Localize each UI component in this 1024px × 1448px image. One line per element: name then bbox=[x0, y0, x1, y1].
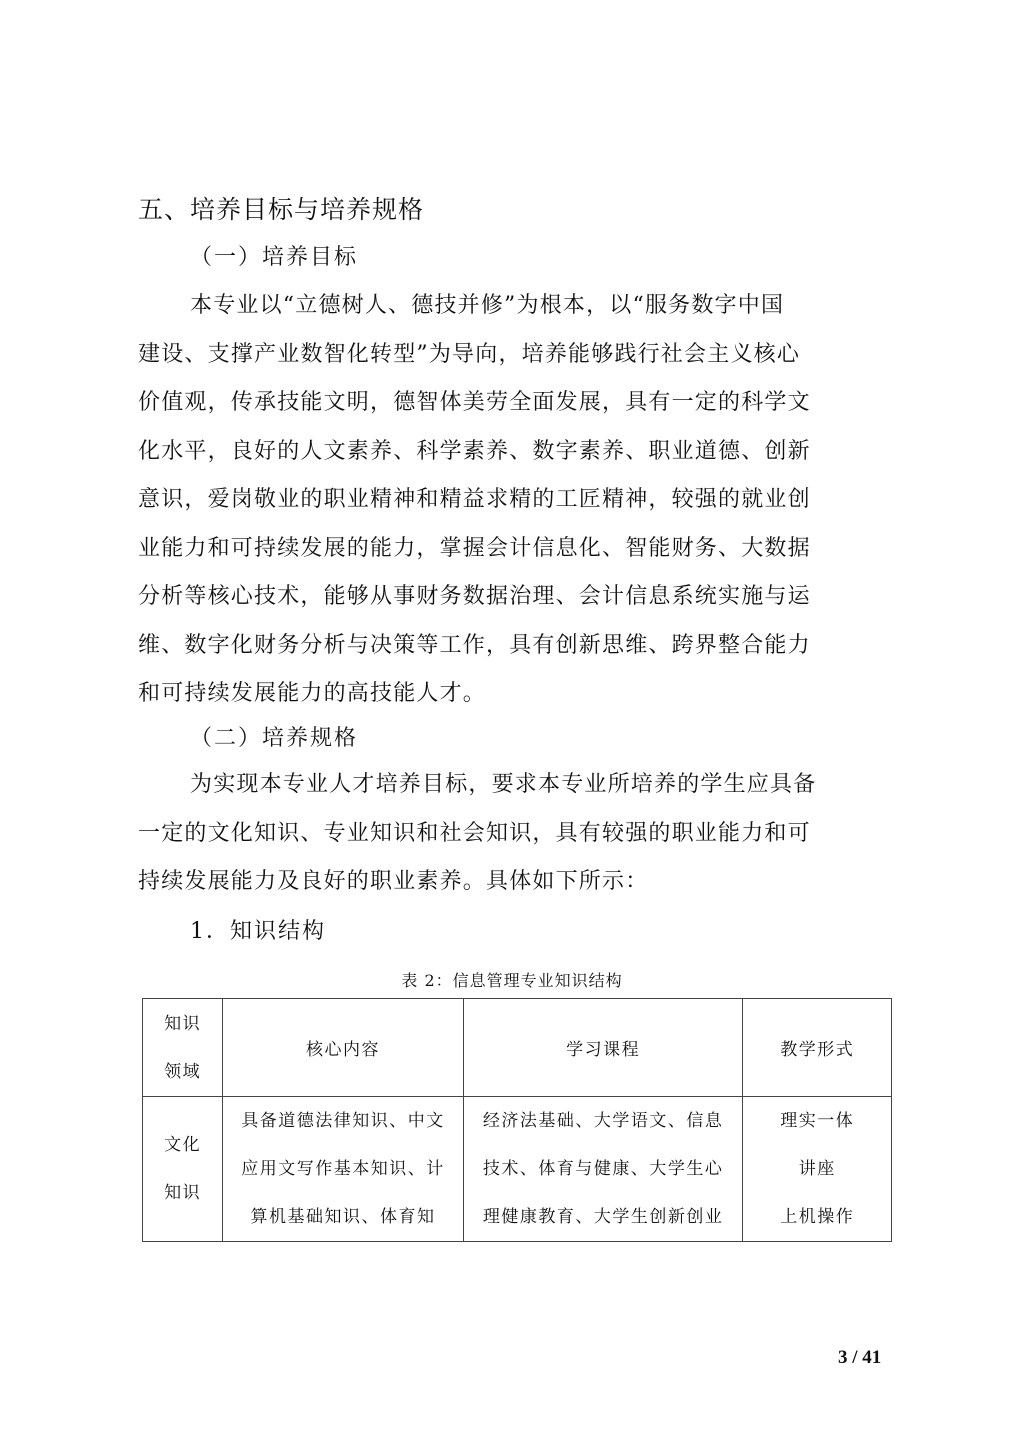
knowledge-structure-heading: 1．知识结构 bbox=[190, 916, 326, 948]
goal-line: 业能力和可持续发展的能力，掌握会计信息化、智能财务、大数据 bbox=[138, 525, 890, 574]
cell-courses: 经济法基础、大学语文、信息 技术、体育与健康、大学生心 理健康教育、大学生创新创… bbox=[463, 1097, 743, 1242]
page-number: 3 / 41 bbox=[838, 1346, 881, 1370]
goal-paragraph: 本专业以“立德树人、德技并修”为根本，以“服务数字中国 建设、支撑产业数智化转型… bbox=[138, 282, 890, 719]
knowledge-structure-table: 知识 领域 核心内容 学习课程 教学形式 文化 知识 具备道德法律知识、中文 应… bbox=[142, 998, 892, 1242]
cell-domain: 文化 知识 bbox=[143, 1097, 223, 1242]
cell-text: 应用文写作基本知识、计 bbox=[227, 1145, 459, 1193]
header-knowledge-domain: 知识 领域 bbox=[143, 999, 223, 1097]
cell-text: 具备道德法律知识、中文 bbox=[227, 1097, 459, 1145]
spec-line: 一定的文化知识、专业知识和社会知识，具有较强的职业能力和可 bbox=[138, 810, 890, 859]
cell-text: 讲座 bbox=[747, 1145, 887, 1193]
spec-line: 为实现本专业人才培养目标，要求本专业所培养的学生应具备 bbox=[138, 761, 890, 810]
cell-text: 理实一体 bbox=[747, 1097, 887, 1145]
cell-text: 算机基础知识、体育知 bbox=[227, 1193, 459, 1241]
goal-line: 维、数字化财务分析与决策等工作，具有创新思维、跨界整合能力 bbox=[138, 622, 890, 671]
cell-text: 理健康教育、大学生创新创业 bbox=[468, 1193, 739, 1241]
goal-line: 意识，爱岗敬业的职业精神和精益求精的工匠精神，较强的就业创 bbox=[138, 476, 890, 525]
cell-text: 文化 bbox=[147, 1121, 218, 1169]
table-row: 文化 知识 具备道德法律知识、中文 应用文写作基本知识、计 算机基础知识、体育知… bbox=[143, 1097, 892, 1242]
header-core-content: 核心内容 bbox=[223, 999, 464, 1097]
header-text: 知识 bbox=[147, 1000, 218, 1048]
table-caption: 表 2：信息管理专业知识结构 bbox=[0, 970, 1024, 992]
subsection-heading-spec: （二）培养规格 bbox=[190, 723, 358, 755]
cell-core-content: 具备道德法律知识、中文 应用文写作基本知识、计 算机基础知识、体育知 bbox=[223, 1097, 464, 1242]
cell-teaching-form: 理实一体 讲座 上机操作 bbox=[743, 1097, 892, 1242]
cell-text: 经济法基础、大学语文、信息 bbox=[468, 1097, 739, 1145]
table-header-row: 知识 领域 核心内容 学习课程 教学形式 bbox=[143, 999, 892, 1097]
goal-line: 本专业以“立德树人、德技并修”为根本，以“服务数字中国 bbox=[138, 282, 890, 331]
header-courses: 学习课程 bbox=[463, 999, 743, 1097]
goal-line: 化水平，良好的人文素养、科学素养、数字素养、职业道德、创新 bbox=[138, 428, 890, 477]
cell-text: 知识 bbox=[147, 1169, 218, 1217]
goal-line: 建设、支撑产业数智化转型”为导向，培养能够践行社会主义核心 bbox=[138, 331, 890, 380]
subsection-heading-goal: （一）培养目标 bbox=[190, 242, 358, 274]
section-title: 五、培养目标与培养规格 bbox=[138, 192, 424, 228]
header-teaching-form: 教学形式 bbox=[743, 999, 892, 1097]
spec-paragraph: 为实现本专业人才培养目标，要求本专业所培养的学生应具备 一定的文化知识、专业知识… bbox=[138, 761, 890, 907]
spec-line: 持续发展能力及良好的职业素养。具体如下所示： bbox=[138, 858, 890, 907]
header-text: 领域 bbox=[147, 1048, 218, 1096]
cell-text: 技术、体育与健康、大学生心 bbox=[468, 1145, 739, 1193]
goal-line: 分析等核心技术，能够从事财务数据治理、会计信息系统实施与运 bbox=[138, 573, 890, 622]
goal-line: 价值观，传承技能文明，德智体美劳全面发展，具有一定的科学文 bbox=[138, 379, 890, 428]
goal-line: 和可持续发展能力的高技能人才。 bbox=[138, 670, 890, 719]
cell-text: 上机操作 bbox=[747, 1193, 887, 1241]
